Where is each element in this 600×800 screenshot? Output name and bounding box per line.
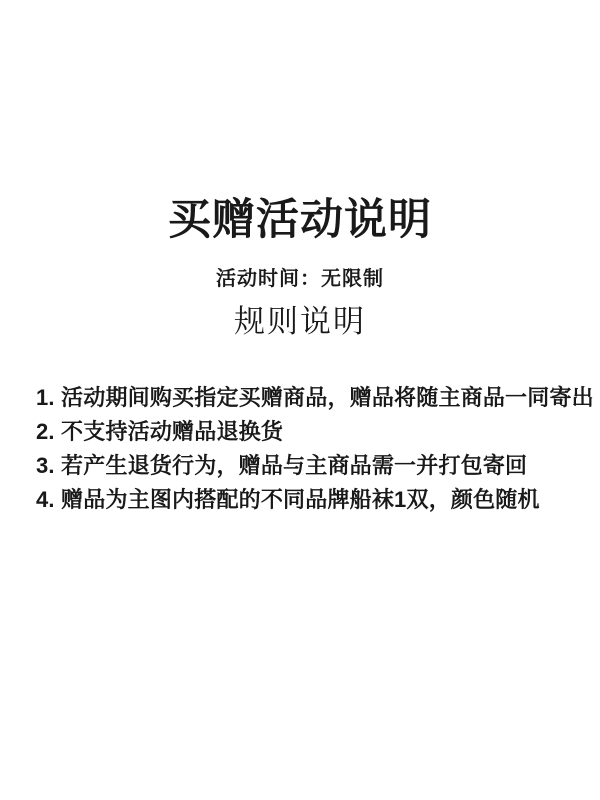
rules-section-heading: 规则说明 (0, 305, 600, 339)
rules-list: 1. 活动期间购买指定买赠商品，赠品将随主商品一同寄出 2. 不支持活动赠品退换… (0, 381, 600, 517)
rule-item-4: 4. 赠品为主图内搭配的不同品牌船袜1双，颜色随机 (36, 483, 572, 517)
rule-item-3: 3. 若产生退货行为，赠品与主商品需一并打包寄回 (36, 449, 572, 483)
notice-title: 买赠活动说明 (0, 0, 600, 244)
activity-time-text: 活动时间：无限制 (0, 266, 600, 292)
buy-gift-notice: 买赠活动说明 活动时间：无限制 规则说明 1. 活动期间购买指定买赠商品，赠品将… (0, 0, 600, 800)
rule-item-1: 1. 活动期间购买指定买赠商品，赠品将随主商品一同寄出 (36, 381, 572, 415)
rule-item-2: 2. 不支持活动赠品退换货 (36, 415, 572, 449)
